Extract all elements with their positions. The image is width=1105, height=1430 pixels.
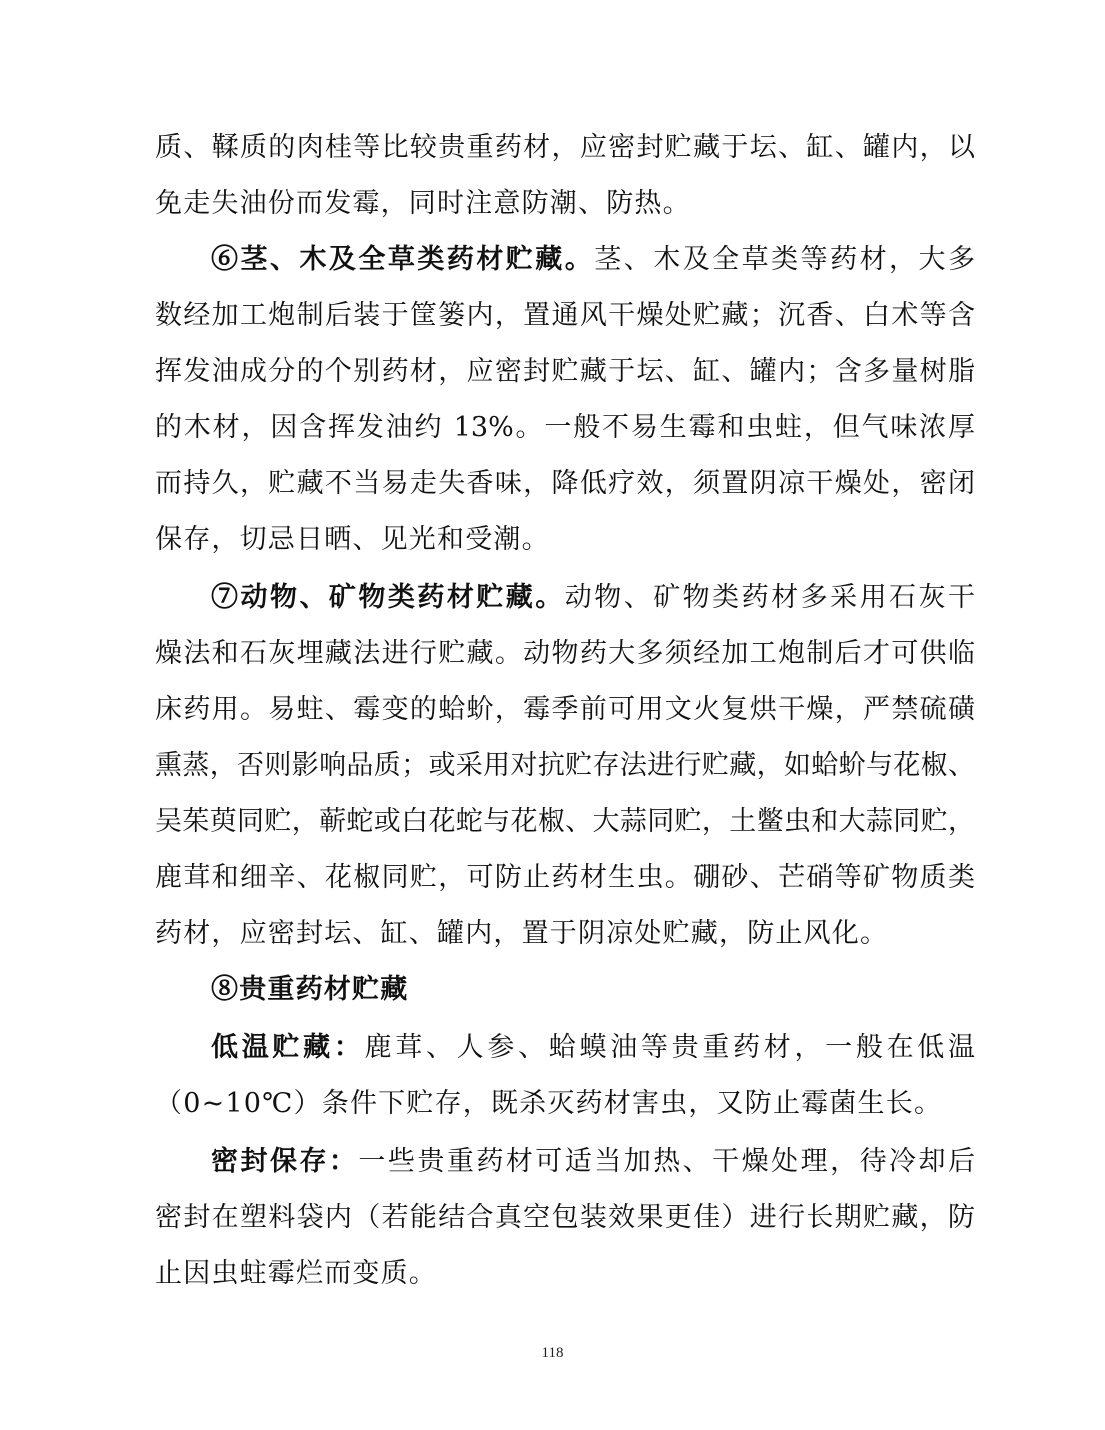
text-line: ⑦动物、矿物类药材贮藏。动物、矿物类药材多采用石灰干 [211,578,975,618]
text-line: 止因虫蛀霉烂而变质。 [155,1254,975,1294]
page-number: 118 [0,1345,1105,1362]
line-text: 质、鞣质的肉桂等比较贵重药材，应密封贮藏于坛、缸、罐内，以 [155,132,975,163]
line-text: 保存，切忌日晒、见光和受潮。 [155,524,550,555]
line-text: 免走失油份而发霉，同时注意防潮、防热。 [155,188,691,219]
text-line: 熏蒸，否则影响品质；或采用对抗贮存法进行贮藏，如蛤蚧与花椒、 [155,746,975,786]
line-text: 数经加工炮制后装于筐篓内，置通风干燥处贮藏；沉香、白术等含 [155,300,975,331]
line-text: 一些贵重药材可适当加热、干燥处理，待冷却后 [358,1146,975,1177]
bold-heading: 低温贮藏： [211,1032,365,1063]
text-line: 药材，应密封坛、缸、罐内，置于阴凉处贮藏，防止风化。 [155,914,975,954]
text-line: 燥法和石灰埋藏法进行贮藏。动物药大多须经加工炮制后才可供临 [155,634,975,674]
text-line: 鹿茸和细辛、花椒同贮，可防止药材生虫。硼砂、芒硝等矿物质类 [155,858,975,898]
bold-heading: ⑥茎、木及全草类药材贮藏。 [211,244,594,275]
line-text: 密封在塑料袋内（若能结合真空包装效果更佳）进行长期贮藏，防 [155,1202,975,1233]
text-line: 的木材，因含挥发油约 13%。一般不易生霉和虫蛀，但气味浓厚 [155,408,975,448]
line-text: 茎、木及全草类等药材，大多 [594,244,975,275]
text-line: 床药用。易蛀、霉变的蛤蚧，霉季前可用文火复烘干燥，严禁硫磺 [155,690,975,730]
line-text: 吴茱萸同贮，蕲蛇或白花蛇与花椒、大蒜同贮，土鳖虫和大蒜同贮， [155,806,975,837]
text-line: 密封在塑料袋内（若能结合真空包装效果更佳）进行长期贮藏，防 [155,1198,975,1238]
text-line: 而持久，贮藏不当易走失香味，降低疗效，须置阴凉干燥处，密闭 [155,464,975,504]
bold-heading: ⑦动物、矿物类药材贮藏。 [211,582,565,613]
line-text: 止因虫蛀霉烂而变质。 [155,1258,437,1289]
text-line: 低温贮藏：鹿茸、人参、蛤蟆油等贵重药材，一般在低温 [211,1028,975,1068]
line-text: 动物、矿物类药材多采用石灰干 [565,582,975,613]
text-line: 吴茱萸同贮，蕲蛇或白花蛇与花椒、大蒜同贮，土鳖虫和大蒜同贮， [155,802,975,842]
text-line: 数经加工炮制后装于筐篓内，置通风干燥处贮藏；沉香、白术等含 [155,296,975,336]
text-line: ⑥茎、木及全草类药材贮藏。茎、木及全草类等药材，大多 [211,240,975,280]
line-text: 床药用。易蛀、霉变的蛤蚧，霉季前可用文火复烘干燥，严禁硫磺 [155,694,975,725]
bold-heading: 密封保存： [211,1146,358,1177]
text-line: 免走失油份而发霉，同时注意防潮、防热。 [155,184,975,224]
line-text: 而持久，贮藏不当易走失香味，降低疗效，须置阴凉干燥处，密闭 [155,468,975,499]
line-text: 药材，应密封坛、缸、罐内，置于阴凉处贮藏，防止风化。 [155,918,888,949]
text-line: 密封保存：一些贵重药材可适当加热、干燥处理，待冷却后 [211,1142,975,1182]
line-text: 挥发油成分的个别药材，应密封贮藏于坛、缸、罐内；含多量树脂 [155,356,975,387]
line-text: （0~10℃）条件下贮存，既杀灭药材害虫，又防止霉菌生长。 [155,1088,942,1119]
line-text: 鹿茸和细辛、花椒同贮，可防止药材生虫。硼砂、芒硝等矿物质类 [155,862,975,893]
text-line: 保存，切忌日晒、见光和受潮。 [155,520,975,560]
line-text: 燥法和石灰埋藏法进行贮藏。动物药大多须经加工炮制后才可供临 [155,638,975,669]
text-line: （0~10℃）条件下贮存，既杀灭药材害虫，又防止霉菌生长。 [155,1084,975,1124]
text-line: 质、鞣质的肉桂等比较贵重药材，应密封贮藏于坛、缸、罐内，以 [155,128,975,168]
document-page: 质、鞣质的肉桂等比较贵重药材，应密封贮藏于坛、缸、罐内，以免走失油份而发霉，同时… [0,0,1105,1430]
line-text: 鹿茸、人参、蛤蟆油等贵重药材，一般在低温 [365,1032,975,1063]
text-line: 挥发油成分的个别药材，应密封贮藏于坛、缸、罐内；含多量树脂 [155,352,975,392]
bold-heading: ⑧贵重药材贮藏 [211,974,408,1005]
line-text: 的木材，因含挥发油约 13%。一般不易生霉和虫蛀，但气味浓厚 [155,412,975,443]
line-text: 熏蒸，否则影响品质；或采用对抗贮存法进行贮藏，如蛤蚧与花椒、 [155,750,975,781]
text-line: ⑧贵重药材贮藏 [211,970,975,1010]
